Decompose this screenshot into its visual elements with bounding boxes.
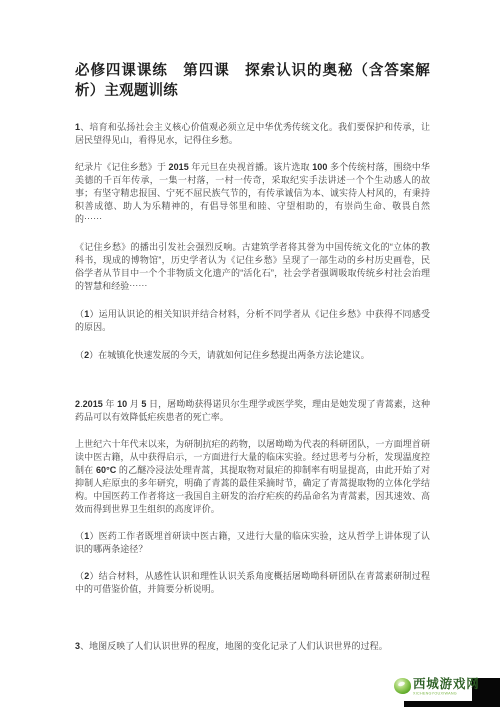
site-tagline: XICHENGYOUXIWANG [413, 692, 450, 696]
q3-material-paragraph: 3、地图反映了人们认识世界的程度，地图的变化记录了人们认识世界的过程。 [75, 640, 430, 653]
q2-subquestion-2: （2）结合材料，从感性认识和理性认识关系角度概括屠呦呦科研团队在青蒿素研制过程中… [75, 570, 430, 596]
q2-material-paragraph-2: 上世纪六十年代末以来，为研制抗疟的药物，以屠呦呦为代表的科研团队，一方面埋首研读… [75, 438, 430, 516]
document-page: 必修四课课练 第四课 探索认识的奥秘（含答案解析）主观题训练 1、培育和弘扬社会… [0, 0, 500, 707]
site-logo-text-column: 西城游戏网 XICHENGYOUXIWANG [413, 678, 472, 698]
document-body: 必修四课课练 第四课 探索认识的奥秘（含答案解析）主观题训练 1、培育和弘扬社会… [75, 0, 430, 667]
document-title: 必修四课课练 第四课 探索认识的奥秘（含答案解析）主观题训练 [75, 62, 430, 101]
q1-material-paragraph-2: 纪录片《记住乡愁》于 2015 年元旦在央视首播。该片选取 100 多个传统村落… [75, 161, 430, 226]
q1-material-paragraph-3: 《记住乡愁》的播出引发社会强烈反响。古建筑学者将其誉为中国传统文化的“立体的教科… [75, 241, 430, 293]
q1-material-paragraph-1: 1、培育和弘扬社会主义核心价值观必须立足中华优秀传统文化。我们要保护和传承，让居… [75, 121, 430, 147]
site-logo-globe-icon [394, 678, 411, 694]
site-watermark-logo[interactable]: 西城游戏网 XICHENGYOUXIWANG [391, 674, 472, 701]
q1-subquestion-1: （1）运用认识论的相关知识并结合材料，分析不同学者从《记住乡愁》中获得不同感受的… [75, 308, 430, 334]
q2-subquestion-1: （1）医药工作者既埋首研读中医古籍，又进行大量的临床实验，这从哲学上讲体现了认识… [75, 530, 430, 556]
q2-material-paragraph-1: 2.2015 年 10 月 5 日，屠呦呦获得诺贝尔生理学或医学奖，理由是她发现… [75, 398, 430, 424]
site-name: 西城游戏网 [413, 678, 472, 691]
watermark-black-strip [404, 700, 500, 707]
q1-subquestion-2: （2）在城镇化快速发展的今天，请就如何记住乡愁提出两条方法论建议。 [75, 349, 430, 362]
